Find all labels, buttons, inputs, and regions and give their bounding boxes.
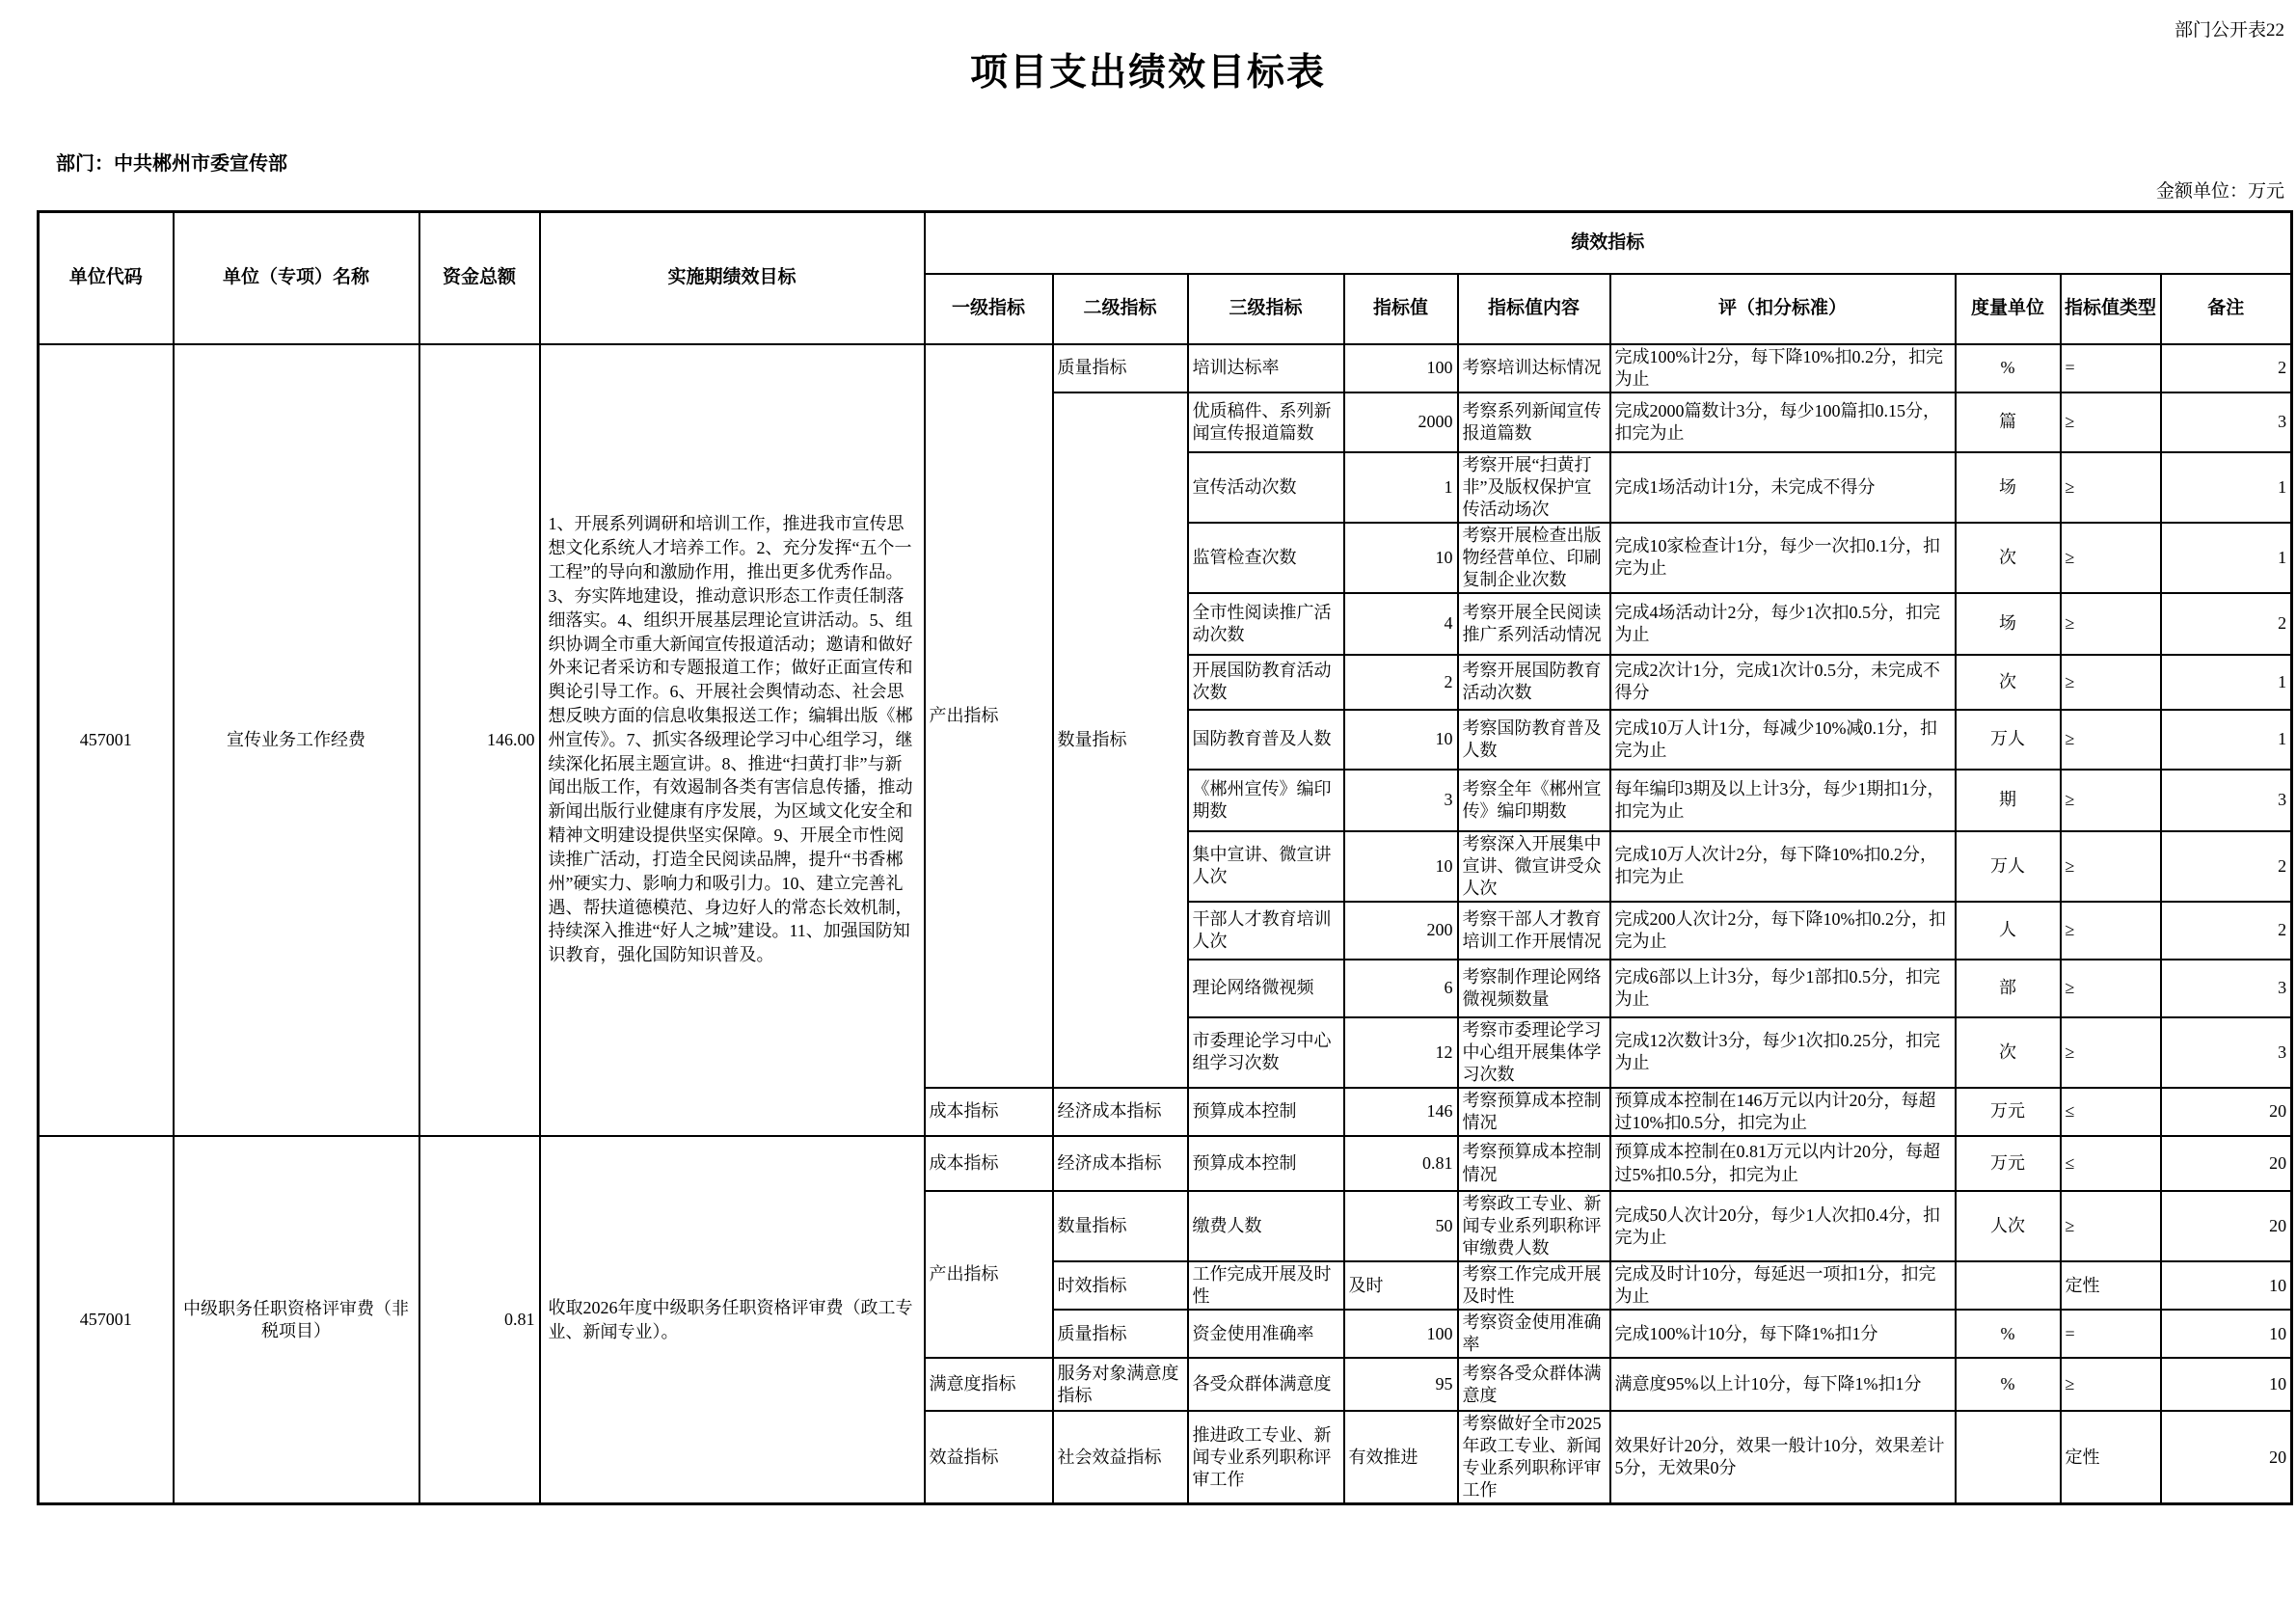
- cell-remark: 10: [2161, 1310, 2292, 1358]
- cell-type: ≥: [2061, 452, 2161, 523]
- cell-remark: 3: [2161, 960, 2292, 1017]
- cell-value: 2: [1344, 655, 1458, 710]
- cell-remark: 2: [2161, 831, 2292, 902]
- cell-scoring: 完成10万人计1分，每减少10%减0.1分，扣完为止: [1610, 710, 1956, 770]
- cell-unit-name: 宣传业务工作经费: [174, 344, 419, 1137]
- cell-content: 考察系列新闻宣传报道篇数: [1458, 392, 1610, 452]
- cell-unit: 期: [1956, 770, 2061, 831]
- cell-type: ≥: [2061, 392, 2161, 452]
- cell-scoring: 效果好计20分，效果一般计10分，效果差计5分，无效果0分: [1610, 1411, 1956, 1504]
- cell-l2: 社会效益指标: [1053, 1411, 1188, 1504]
- cell-value: 200: [1344, 902, 1458, 960]
- cell-unit: 万人: [1956, 710, 2061, 770]
- cell-l1: 成本指标: [925, 1088, 1053, 1136]
- cell-type: ≥: [2061, 902, 2161, 960]
- cell-unit: %: [1956, 1310, 2061, 1358]
- cell-value: 4: [1344, 593, 1458, 655]
- cell-scoring: 完成100%计10分，每下降1%扣1分: [1610, 1310, 1956, 1358]
- cell-scoring: 完成及时计10分，每延迟一项扣1分，扣完为止: [1610, 1261, 1956, 1310]
- header-row-1: 单位代码 单位（专项）名称 资金总额 实施期绩效目标 绩效指标: [39, 212, 2292, 274]
- cell-l2: 质量指标: [1053, 344, 1188, 392]
- cell-content: 考察政工专业、新闻专业系列职称评审缴费人数: [1458, 1191, 1610, 1261]
- cell-value: 10: [1344, 523, 1458, 593]
- cell-scoring: 完成10万人次计2分，每下降10%扣0.2分，扣完为止: [1610, 831, 1956, 902]
- cell-value: 12: [1344, 1017, 1458, 1088]
- cell-content: 考察培训达标情况: [1458, 344, 1610, 392]
- cell-content: 考察开展“扫黄打非”及版权保护宣传活动场次: [1458, 452, 1610, 523]
- cell-scoring: 完成100%计2分，每下降10%扣0.2分，扣完为止: [1610, 344, 1956, 392]
- cell-l2: 经济成本指标: [1053, 1136, 1188, 1191]
- cell-l2: 时效指标: [1053, 1261, 1188, 1310]
- cell-value: 及时: [1344, 1261, 1458, 1310]
- cell-remark: 3: [2161, 392, 2292, 452]
- cell-type: ≥: [2061, 655, 2161, 710]
- cell-type: ≥: [2061, 831, 2161, 902]
- cell-l3: 干部人才教育培训人次: [1188, 902, 1344, 960]
- cell-type: ≥: [2061, 1358, 2161, 1411]
- cell-scoring: 预算成本控制在0.81万元以内计20分，每超过5%扣0.5分，扣完为止: [1610, 1136, 1956, 1191]
- cell-scoring: 完成200人次计2分，每下降10%扣0.2分，扣完为止: [1610, 902, 1956, 960]
- cell-remark: 2: [2161, 344, 2292, 392]
- cell-content: 考察预算成本控制情况: [1458, 1088, 1610, 1136]
- cell-scoring: 完成50人次计20分，每少1人次扣0.4分，扣完为止: [1610, 1191, 1956, 1261]
- header-l2: 二级指标: [1053, 274, 1188, 344]
- cell-type: ≤: [2061, 1088, 2161, 1136]
- cell-content: 考察深入开展集中宣讲、微宣讲受众人次: [1458, 831, 1610, 902]
- table-row: 457001 宣传业务工作经费 146.00 1、开展系列调研和培训工作，推进我…: [39, 344, 2292, 392]
- cell-unit: 部: [1956, 960, 2061, 1017]
- cell-content: 考察各受众群体满意度: [1458, 1358, 1610, 1411]
- header-value-type: 指标值类型: [2061, 274, 2161, 344]
- cell-unit-code: 457001: [39, 344, 174, 1137]
- cell-content: 考察干部人才教育培训工作开展情况: [1458, 902, 1610, 960]
- cell-l3: 缴费人数: [1188, 1191, 1344, 1261]
- cell-remark: 2: [2161, 902, 2292, 960]
- cell-impl-goal: 1、开展系列调研和培训工作，推进我市宣传思想文化系统人才培养工作。2、充分发挥“…: [540, 344, 925, 1137]
- cell-unit: 次: [1956, 523, 2061, 593]
- cell-remark: 20: [2161, 1191, 2292, 1261]
- cell-l3: 《郴州宣传》编印期数: [1188, 770, 1344, 831]
- cell-unit: [1956, 1411, 2061, 1504]
- cell-content: 考察开展检查出版物经营单位、印刷复制企业次数: [1458, 523, 1610, 593]
- cell-l2: 数量指标: [1053, 392, 1188, 1088]
- cell-value: 95: [1344, 1358, 1458, 1411]
- cell-l1: 成本指标: [925, 1136, 1053, 1191]
- cell-type: ≥: [2061, 593, 2161, 655]
- cell-remark: 1: [2161, 710, 2292, 770]
- cell-l2: 经济成本指标: [1053, 1088, 1188, 1136]
- cell-unit: 万元: [1956, 1088, 2061, 1136]
- header-unit-code: 单位代码: [39, 212, 174, 344]
- header-perf-group: 绩效指标: [925, 212, 2292, 274]
- cell-l3: 推进政工专业、新闻专业系列职称评审工作: [1188, 1411, 1344, 1504]
- table-row: 457001 中级职务任职资格评审费（非税项目） 0.81 收取2026年度中级…: [39, 1136, 2292, 1191]
- cell-remark: 1: [2161, 523, 2292, 593]
- cell-scoring: 完成2次计1分，完成1次计0.5分，未完成不得分: [1610, 655, 1956, 710]
- cell-l3: 理论网络微视频: [1188, 960, 1344, 1017]
- cell-remark: 1: [2161, 452, 2292, 523]
- cell-l2: 服务对象满意度指标: [1053, 1358, 1188, 1411]
- cell-unit: 次: [1956, 1017, 2061, 1088]
- cell-scoring: 完成2000篇数计3分，每少100篇扣0.15分，扣完为止: [1610, 392, 1956, 452]
- cell-content: 考察开展国防教育活动次数: [1458, 655, 1610, 710]
- cell-scoring: 满意度95%以上计10分，每下降1%扣1分: [1610, 1358, 1956, 1411]
- cell-scoring: 每年编印3期及以上计3分，每少1期扣1分，扣完为止: [1610, 770, 1956, 831]
- cell-l3: 监管检查次数: [1188, 523, 1344, 593]
- header-total-fund: 资金总额: [419, 212, 540, 344]
- cell-content: 考察国防教育普及人数: [1458, 710, 1610, 770]
- department-label: 部门：中共郴州市委宣传部: [56, 148, 287, 176]
- cell-l3: 预算成本控制: [1188, 1088, 1344, 1136]
- cell-l3: 市委理论学习中心组学习次数: [1188, 1017, 1344, 1088]
- cell-remark: 20: [2161, 1088, 2292, 1136]
- cell-l2: 数量指标: [1053, 1191, 1188, 1261]
- cell-type: ≥: [2061, 1017, 2161, 1088]
- cell-remark: 10: [2161, 1358, 2292, 1411]
- cell-l1: 产出指标: [925, 344, 1053, 1088]
- performance-target-table: 单位代码 单位（专项）名称 资金总额 实施期绩效目标 绩效指标 一级指标 二级指…: [37, 210, 2293, 1505]
- cell-unit-name: 中级职务任职资格评审费（非税项目）: [174, 1136, 419, 1504]
- cell-remark: 3: [2161, 770, 2292, 831]
- cell-type: ≥: [2061, 710, 2161, 770]
- cell-type: =: [2061, 1310, 2161, 1358]
- cell-type: ≤: [2061, 1136, 2161, 1191]
- cell-l3: 国防教育普及人数: [1188, 710, 1344, 770]
- cell-scoring: 预算成本控制在146万元以内计20分，每超过10%扣0.5分，扣完为止: [1610, 1088, 1956, 1136]
- cell-unit: 篇: [1956, 392, 2061, 452]
- cell-remark: 20: [2161, 1411, 2292, 1504]
- header-l3: 三级指标: [1188, 274, 1344, 344]
- cell-unit: 次: [1956, 655, 2061, 710]
- header-measure-unit: 度量单位: [1956, 274, 2061, 344]
- header-l1: 一级指标: [925, 274, 1053, 344]
- page-title: 项目支出绩效目标表: [0, 42, 2296, 96]
- cell-value: 6: [1344, 960, 1458, 1017]
- cell-remark: 2: [2161, 593, 2292, 655]
- cell-impl-goal: 收取2026年度中级职务任职资格评审费（政工专业、新闻专业）。: [540, 1136, 925, 1504]
- cell-l3: 集中宣讲、微宣讲人次: [1188, 831, 1344, 902]
- cell-l3: 宣传活动次数: [1188, 452, 1344, 523]
- cell-content: 考察预算成本控制情况: [1458, 1136, 1610, 1191]
- cell-content: 考察市委理论学习中心组开展集体学习次数: [1458, 1017, 1610, 1088]
- cell-l3: 工作完成开展及时性: [1188, 1261, 1344, 1310]
- cell-amount: 146.00: [419, 344, 540, 1137]
- cell-unit: 人次: [1956, 1191, 2061, 1261]
- cell-type: ≥: [2061, 1191, 2161, 1261]
- cell-l1: 产出指标: [925, 1191, 1053, 1358]
- header-impl-goal: 实施期绩效目标: [540, 212, 925, 344]
- cell-scoring: 完成10家检查计1分，每少一次扣0.1分，扣完为止: [1610, 523, 1956, 593]
- cell-value: 100: [1344, 1310, 1458, 1358]
- cell-unit: 人: [1956, 902, 2061, 960]
- cell-type: ≥: [2061, 960, 2161, 1017]
- cell-content: 考察全年《郴州宣传》编印期数: [1458, 770, 1610, 831]
- cell-type: ≥: [2061, 523, 2161, 593]
- cell-l3: 培训达标率: [1188, 344, 1344, 392]
- cell-unit-code: 457001: [39, 1136, 174, 1504]
- cell-content: 考察做好全市2025年政工专业、新闻专业系列职称评审工作: [1458, 1411, 1610, 1504]
- cell-l3: 优质稿件、系列新闻宣传报道篇数: [1188, 392, 1344, 452]
- cell-content: 考察开展全民阅读推广系列活动情况: [1458, 593, 1610, 655]
- cell-value: 10: [1344, 831, 1458, 902]
- cell-scoring: 完成12次数计3分，每少1次扣0.25分，扣完为止: [1610, 1017, 1956, 1088]
- cell-content: 考察工作完成开展及时性: [1458, 1261, 1610, 1310]
- cell-value: 有效推进: [1344, 1411, 1458, 1504]
- doc-number-label: 部门公开表22: [2174, 15, 2284, 41]
- cell-amount: 0.81: [419, 1136, 540, 1504]
- header-scoring: 评（扣分标准）: [1610, 274, 1956, 344]
- cell-scoring: 完成1场活动计1分，未完成不得分: [1610, 452, 1956, 523]
- cell-remark: 3: [2161, 1017, 2292, 1088]
- cell-value: 0.81: [1344, 1136, 1458, 1191]
- header-remark: 备注: [2161, 274, 2292, 344]
- cell-l3: 预算成本控制: [1188, 1136, 1344, 1191]
- header-unit-name: 单位（专项）名称: [174, 212, 419, 344]
- cell-value: 100: [1344, 344, 1458, 392]
- cell-value: 50: [1344, 1191, 1458, 1261]
- cell-l1: 满意度指标: [925, 1358, 1053, 1411]
- cell-content: 考察制作理论网络微视频数量: [1458, 960, 1610, 1017]
- cell-remark: 20: [2161, 1136, 2292, 1191]
- cell-value: 2000: [1344, 392, 1458, 452]
- amount-unit-label: 金额单位：万元: [2156, 176, 2284, 203]
- cell-remark: 10: [2161, 1261, 2292, 1310]
- cell-unit: 场: [1956, 452, 2061, 523]
- header-value: 指标值: [1344, 274, 1458, 344]
- cell-value: 10: [1344, 710, 1458, 770]
- cell-value: 1: [1344, 452, 1458, 523]
- cell-l3: 开展国防教育活动次数: [1188, 655, 1344, 710]
- cell-type: ≥: [2061, 770, 2161, 831]
- cell-unit: %: [1956, 1358, 2061, 1411]
- cell-type: 定性: [2061, 1411, 2161, 1504]
- cell-value: 3: [1344, 770, 1458, 831]
- cell-scoring: 完成4场活动计2分，每少1次扣0.5分，扣完为止: [1610, 593, 1956, 655]
- cell-l3: 各受众群体满意度: [1188, 1358, 1344, 1411]
- cell-l1: 效益指标: [925, 1411, 1053, 1504]
- cell-scoring: 完成6部以上计3分，每少1部扣0.5分，扣完为止: [1610, 960, 1956, 1017]
- cell-value: 146: [1344, 1088, 1458, 1136]
- cell-unit: %: [1956, 344, 2061, 392]
- header-value-content: 指标值内容: [1458, 274, 1610, 344]
- cell-l2: 质量指标: [1053, 1310, 1188, 1358]
- cell-type: =: [2061, 344, 2161, 392]
- cell-unit: 场: [1956, 593, 2061, 655]
- cell-unit: 万元: [1956, 1136, 2061, 1191]
- cell-unit: 万人: [1956, 831, 2061, 902]
- cell-remark: 1: [2161, 655, 2292, 710]
- cell-content: 考察资金使用准确率: [1458, 1310, 1610, 1358]
- cell-l3: 全市性阅读推广活动次数: [1188, 593, 1344, 655]
- cell-l3: 资金使用准确率: [1188, 1310, 1344, 1358]
- cell-type: 定性: [2061, 1261, 2161, 1310]
- cell-unit: [1956, 1261, 2061, 1310]
